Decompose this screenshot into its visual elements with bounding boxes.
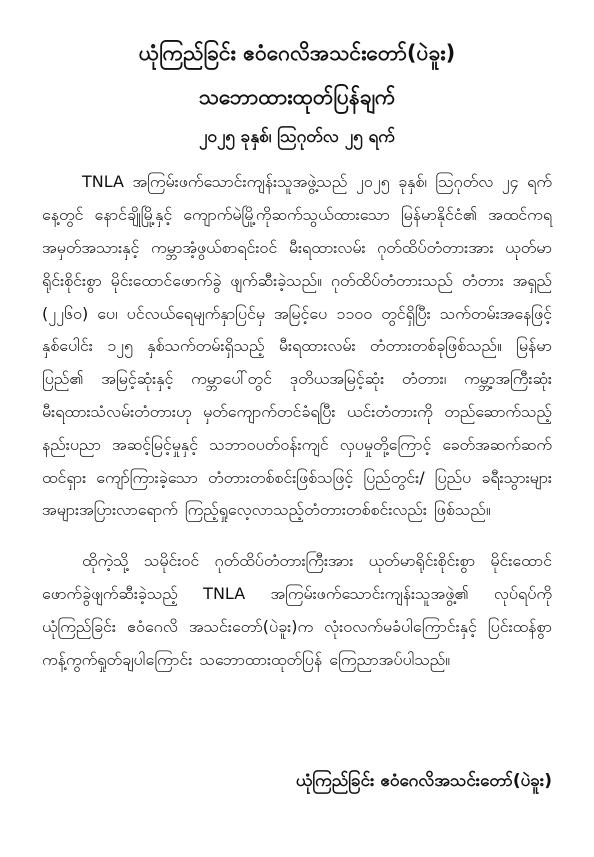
date-line: ၂၀၂၅ ခုနှစ်၊ သြဂုတ်လ ၂၅ ရက် [42,122,552,153]
org-title: ယုံကြည်ခြင်း ဧဝံဂေလိအသင်းတော်(ပဲခူး) [42,34,552,74]
document-type-title: သဘောထားထုတ်ပြန်ချက် [42,78,552,118]
document-page: ယုံကြည်ခြင်း ဧဝံဂေလိအသင်းတော်(ပဲခူး) သဘေ… [0,0,594,857]
signature-line: ယုံကြည်ခြင်း ဧဝံဂေလိအသင်းတော်(ပဲခူး) [296,770,552,795]
paragraph-2: ထိုကဲ့သို့ သမိုင်းဝင် ဂုတ်ထိပ်တံတားကြီးအ… [42,545,552,676]
paragraph-1: TNLA အကြမ်းဖက်သောင်းကျန်းသူအဖွဲ့သည် ၂၀၂၅… [42,166,552,527]
title-block: ယုံကြည်ခြင်း ဧဝံဂေလိအသင်းတော်(ပဲခူး) သဘေ… [42,34,552,152]
